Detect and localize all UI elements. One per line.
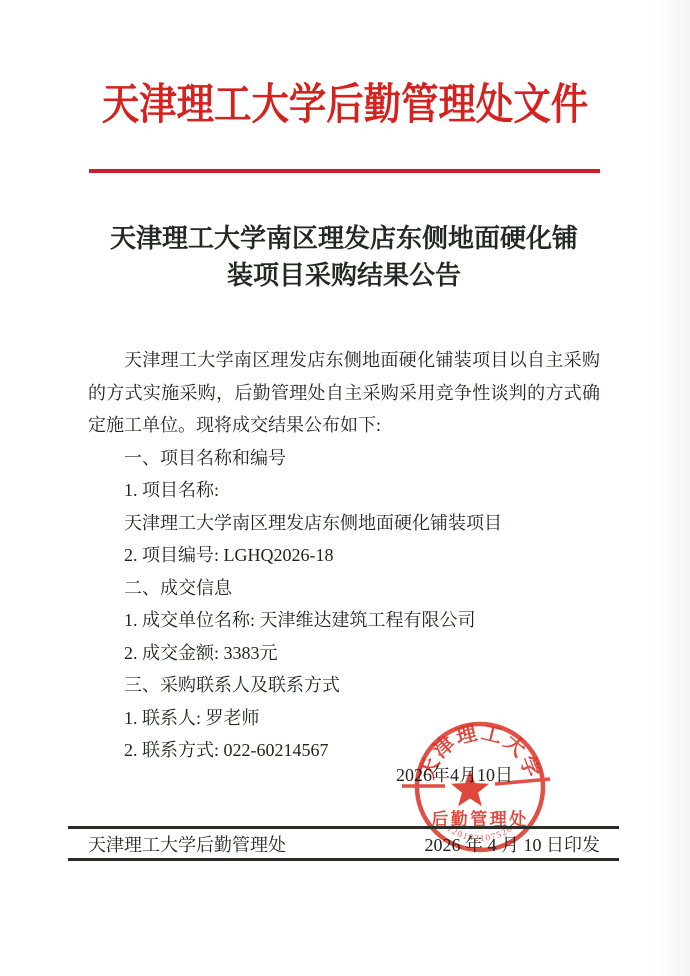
- footer-print-date: 2026 年 4 月 10 日印发: [425, 831, 601, 857]
- project-name-value: 天津理工大学南区理发店东侧地面硬化铺装项目: [88, 507, 600, 540]
- document-title-line2: 装项目采购结果公告: [88, 257, 600, 294]
- section-heading-2: 二、成交信息: [88, 572, 600, 605]
- seal-star-icon: [451, 770, 489, 806]
- intro-line: 的方式实施采购，后勤管理处自主采购采用竞争性谈判的方式确: [88, 377, 600, 410]
- section-heading-1: 一、项目名称和编号: [88, 442, 600, 475]
- document-title-line1: 天津理工大学南区理发店东侧地面硬化铺: [88, 220, 600, 257]
- red-separator-rule: [89, 169, 600, 173]
- scan-edge-shadow: [652, 0, 690, 976]
- document-header-title: 天津理工大学后勤管理处文件: [45, 84, 645, 127]
- footer-rule-bottom: [68, 858, 619, 861]
- document-body: 天津理工大学南区理发店东侧地面硬化铺装项目以自主采购 的方式实施采购，后勤管理处…: [88, 344, 600, 767]
- intro-line: 天津理工大学南区理发店东侧地面硬化铺装项目以自主采购: [88, 344, 600, 377]
- seal-arc-text: 天津理工大学: [415, 721, 545, 782]
- project-number: 2. 项目编号: LGHQ2026-18: [88, 539, 600, 572]
- section-heading-3: 三、采购联系人及联系方式: [88, 669, 600, 702]
- document-page: 天津理工大学后勤管理处文件 天津理工大学南区理发店东侧地面硬化铺 装项目采购结果…: [0, 0, 690, 976]
- project-name-label: 1. 项目名称:: [88, 474, 600, 507]
- footer-rule-top: [68, 826, 619, 829]
- document-title: 天津理工大学南区理发店东侧地面硬化铺 装项目采购结果公告: [88, 220, 600, 294]
- footer-issuer: 天津理工大学后勤管理处: [88, 831, 286, 857]
- deal-amount: 2. 成交金额: 3383元: [88, 637, 600, 670]
- footer: 天津理工大学后勤管理处 2026 年 4 月 10 日印发: [88, 831, 600, 857]
- winning-company: 1. 成交单位名称: 天津维达建筑工程有限公司: [88, 604, 600, 637]
- svg-text:天津理工大学: 天津理工大学: [415, 721, 545, 782]
- intro-line: 定施工单位。现将成交结果公布如下:: [88, 409, 600, 442]
